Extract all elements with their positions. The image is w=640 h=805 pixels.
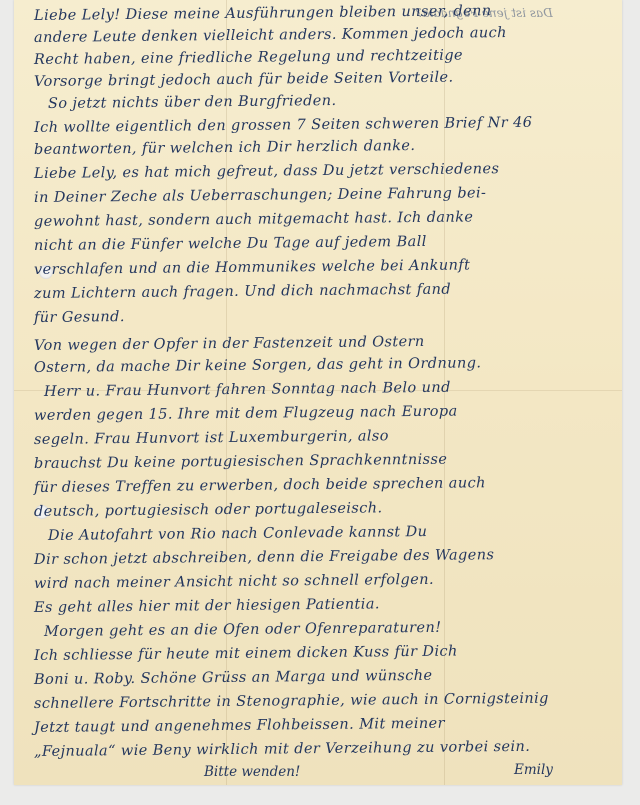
signature: Emily: [514, 762, 553, 778]
letter-line: in Deiner Zeche als Ueberraschungen; Dei…: [34, 185, 486, 206]
letter-line: deutsch, portugiesisch oder portugalesei…: [34, 500, 383, 520]
letter-line: Ich schliesse für heute mit einem dicken…: [34, 644, 458, 664]
letter-line: „Fejnuala“ wie Beny wirklich mit der Ver…: [34, 739, 530, 760]
letter-line: wird nach meiner Ansicht nicht so schnel…: [34, 572, 434, 592]
letter-line: Liebe Lely! Diese meine Ausführungen ble…: [34, 3, 492, 24]
letter-line: segeln. Frau Hunvort ist Luxemburgerin, …: [34, 428, 389, 448]
letter-line: beantworten, für welchen ich Dir herzlic…: [34, 138, 416, 158]
letter-line: So jetzt nichts über den Burgfrieden.: [48, 93, 337, 112]
letter-line: Ostern, da mache Dir keine Sorgen, das g…: [34, 355, 482, 376]
letter-line: werden gegen 15. Ihre mit dem Flugzeug n…: [34, 404, 458, 424]
letter-line: für dieses Treffen zu erwerben, doch bei…: [34, 475, 486, 496]
letter-line: brauchst Du keine portugiesischen Sprach…: [34, 452, 447, 472]
letter-line: Liebe Lely, es hat mich gefreut, dass Du…: [34, 161, 499, 182]
letter-line: zum Lichtern auch fragen. Und dich nachm…: [34, 282, 451, 302]
letter-line: Morgen geht es an die Ofen oder Ofenrepa…: [44, 620, 442, 640]
letter-line: Ich wollte eigentlich den grossen 7 Seit…: [34, 115, 532, 136]
letter-line: für Gesund.: [34, 309, 125, 326]
letter-line: Es geht alles hier mit der hiesigen Pati…: [34, 596, 380, 616]
letter-line: schnellere Fortschritte in Stenographie,…: [34, 691, 549, 712]
letter-line: Herr u. Frau Hunvort fahren Sonntag nach…: [44, 380, 451, 400]
letter-line: Jetzt taugt und angenehmes Flohbeissen. …: [34, 716, 445, 736]
letter-line: Von wegen der Opfer in der Fastenzeit un…: [34, 334, 425, 354]
letter-line: Recht haben, eine friedliche Regelung un…: [34, 48, 463, 68]
letter-line: Die Autofahrt von Rio nach Conlevade kan…: [48, 524, 428, 544]
letter-line: Dir schon jetzt abschreiben, denn die Fr…: [34, 547, 494, 568]
letter-line: verschlafen und an die Hommunikes welche…: [34, 257, 470, 278]
letter-page: Das ist jene Fegnaala? Liebe Lely! Diese…: [14, 0, 622, 785]
letter-line: andere Leute denken vielleicht anders. K…: [34, 25, 507, 46]
letter-line: gewohnt hast, sondern auch mitgemacht ha…: [34, 209, 474, 230]
letter-line: Boni u. Roby. Schöne Grüss an Marga und …: [34, 668, 433, 688]
postscript: Bitte wenden!: [204, 764, 300, 780]
letter-line: nicht an die Fünfer welche Du Tage auf j…: [34, 234, 427, 254]
letter-line: Vorsorge bringt jedoch auch für beide Se…: [34, 70, 454, 90]
